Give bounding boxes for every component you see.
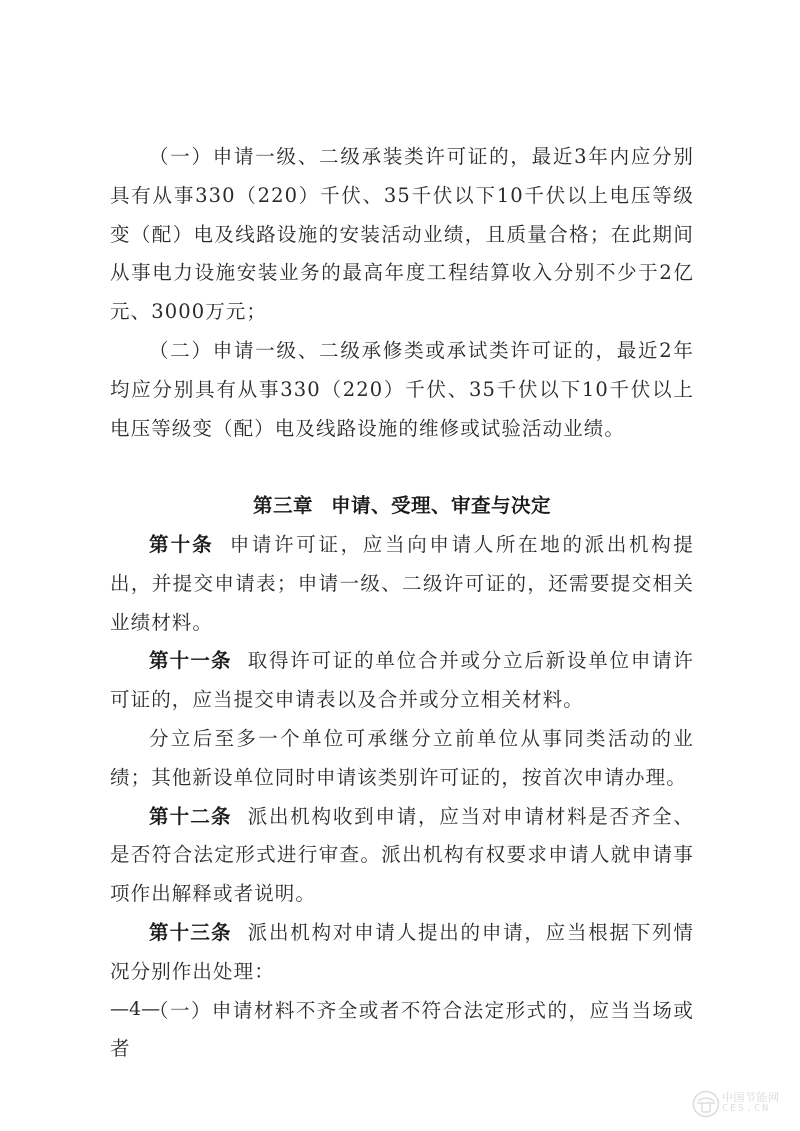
ces-logo-icon [692,1090,720,1118]
article-13: 第十三条派出机构对申请人提出的申请，应当根据下列情况分别作出处理： [110,914,694,992]
article-text: （一）申请材料不齐全或者不符合法定形式的，应当当场或者 [110,999,694,1061]
chapter-title-text: 申请、受理、审查与决定 [331,494,551,517]
page-number: —4— [110,998,160,1020]
watermark: 中国节能网 CES.CN [692,1088,792,1120]
clause-paragraph-2: （二）申请一级、二级承修类或承试类许可证的，最近2年均应分别具有从事330（22… [110,332,694,448]
chapter-number: 第三章 [253,494,313,517]
document-page: （一）申请一级、二级承装类许可证的，最近3年内应分别具有从事330（220）千伏… [0,0,800,1131]
watermark-name-en: CES.CN [722,1103,770,1114]
article-12: 第十二条派出机构收到申请，应当对申请材料是否齐全、是否符合法定形式进行审查。派出… [110,798,694,914]
article-number: 第十二条 [149,805,232,828]
clause-paragraph-1: （一）申请一级、二级承装类许可证的，最近3年内应分别具有从事330（220）千伏… [110,138,694,332]
article-text: 分立后至多一个单位可承继分立前单位从事同类活动的业绩；其他新设单位同时申请该类别… [110,727,694,789]
article-11-continuation: 分立后至多一个单位可承继分立前单位从事同类活动的业绩；其他新设单位同时申请该类别… [110,720,694,798]
chapter-heading: 第三章申请、受理、审查与决定 [110,487,694,526]
article-number: 第十条 [149,533,214,556]
article-number: 第十一条 [149,649,232,672]
article-number: 第十三条 [149,921,232,944]
article-11: 第十一条取得许可证的单位合并或分立后新设单位申请许可证的，应当提交申请表以及合并… [110,642,694,720]
chapter-spacer [110,448,694,487]
article-13-item-1: （一）申请材料不齐全或者不符合法定形式的，应当当场或者 [110,992,694,1070]
article-10: 第十条申请许可证，应当向申请人所在地的派出机构提出，并提交申请表；申请一级、二级… [110,526,694,642]
document-body: （一）申请一级、二级承装类许可证的，最近3年内应分别具有从事330（220）千伏… [110,138,694,1069]
